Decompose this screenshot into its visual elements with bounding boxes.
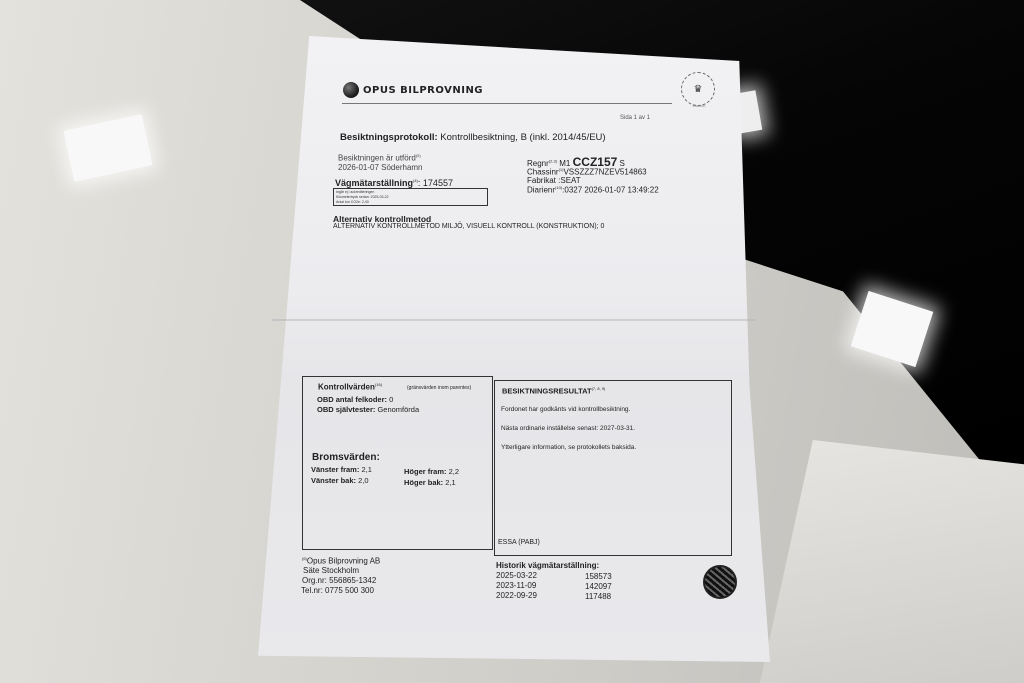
obd-selftest-label: OBD självtester: [317, 405, 375, 414]
history-date: 2023-11-09 [496, 581, 536, 590]
accreditation-mark: SWEDAC [682, 104, 716, 112]
brake-value: 2,1 [361, 465, 371, 474]
header-divider [342, 103, 672, 104]
obd-faults-value: 0 [389, 395, 393, 404]
protocol-title-rest: Kontrollbesiktning, B (inkl. 2014/45/EU) [440, 132, 605, 143]
odometer-label: Vägmätarställning [335, 178, 413, 188]
history-value: 117488 [585, 592, 611, 601]
info-line: Antal ton CO2e: 2,40 [336, 200, 485, 205]
brake-label: Vänster fram: [311, 465, 359, 474]
result-line: Ytterligare information, se protokollets… [501, 444, 636, 451]
history-date: 2025-03-22 [496, 571, 537, 580]
performed-value: 2026-01-07 Söderhamn [338, 163, 423, 172]
result-line: Fordonet har godkänts vid kontrollbesikt… [501, 406, 630, 413]
odometer: Vägmätarställning(4): 174557 [335, 178, 453, 188]
company-phone: Tel.nr: 0775 500 300 [301, 586, 374, 595]
regnr-sup: (2,3) [549, 158, 557, 163]
make-row: Fabrikat :SEAT [527, 176, 581, 185]
result-heading: BESIKTNINGSRESULTAT(7, 8, 9) [502, 386, 605, 396]
performed-label-text: Besiktningen är utförd [338, 154, 416, 163]
company-name: (6)Opus Bilprovning AB [302, 556, 380, 566]
paper-fold-line [272, 319, 756, 321]
control-values-heading: Kontrollvärden(16) [318, 382, 382, 392]
brake-label: Höger fram: [404, 467, 447, 476]
control-sup: (16) [375, 382, 382, 387]
performed-label: Besiktningen är utförd(5) [338, 153, 421, 163]
brake-right-rear: Höger bak: 2,1 [404, 478, 456, 487]
company-orgnr: Org.nr: 556865-1342 [302, 576, 376, 585]
brake-value: 2,0 [358, 476, 368, 485]
result-sup: (7, 8, 9) [592, 386, 606, 391]
opus-logo: OPUS BILPROVNING [343, 82, 483, 98]
result-heading-text: BESIKTNINGSRESULTAT [502, 387, 592, 396]
brake-left-front: Vänster fram: 2,1 [311, 465, 372, 474]
protocol-title-bold: Besiktningsprotokoll: [340, 132, 438, 143]
brake-value: 2,2 [449, 467, 459, 476]
globe-icon [343, 82, 359, 98]
limit-note: (gränsvärden inom parentes) [407, 385, 471, 391]
diary-row: Diarienr(10):0327 2026-01-07 13:49:22 [527, 185, 659, 195]
odometer-info-box: Ingår ej i ackrediteringen Kilometertryc… [333, 188, 488, 206]
brake-right-front: Höger fram: 2,2 [404, 467, 459, 476]
alternative-text: ALTERNATIV KONTROLLMETOD MILJÖ, VISUELL … [333, 223, 604, 230]
brake-value: 2,1 [445, 478, 455, 487]
diary-value: :0327 2026-01-07 13:49:22 [562, 186, 659, 195]
history-date: 2022-09-29 [496, 591, 537, 600]
make-label: Fabrikat [527, 176, 556, 185]
obd-selftest-value: Genomförda [377, 405, 419, 414]
page-number: Sida 1 av 1 [620, 115, 650, 121]
history-value: 158573 [585, 572, 612, 581]
control-heading-text: Kontrollvärden [318, 383, 375, 392]
diary-label: Diarienr [527, 186, 555, 195]
history-heading: Historik vägmätarställning: [496, 561, 599, 570]
brake-label: Höger bak: [404, 478, 443, 487]
result-line: Nästa ordinarie inställelse senast: 2027… [501, 425, 635, 432]
brake-label: Vänster bak: [311, 476, 356, 485]
obd-selftest-row: OBD självtester: Genomförda [317, 405, 419, 414]
inspector-code: ESSA (PABJ) [498, 539, 540, 546]
protocol-title: Besiktningsprotokoll: Kontrollbesiktning… [340, 132, 606, 143]
brand-name: OPUS BILPROVNING [363, 85, 483, 96]
performed-sup: (5) [416, 153, 421, 158]
company-name-text: Opus Bilprovning AB [307, 557, 380, 566]
make-value: :SEAT [558, 176, 581, 185]
brake-left-rear: Vänster bak: 2,0 [311, 476, 369, 485]
brake-heading: Bromsvärden: [312, 452, 380, 463]
odometer-value: : 174557 [418, 178, 453, 188]
obd-faults-row: OBD antal felkoder: 0 [317, 395, 393, 404]
climate-compensated-badge-icon [703, 565, 737, 599]
swedac-crown-icon: ♛ [681, 72, 715, 106]
company-seat: Säte Stockholm [303, 566, 359, 575]
obd-faults-label: OBD antal felkoder: [317, 395, 387, 404]
history-value: 142097 [585, 582, 612, 591]
